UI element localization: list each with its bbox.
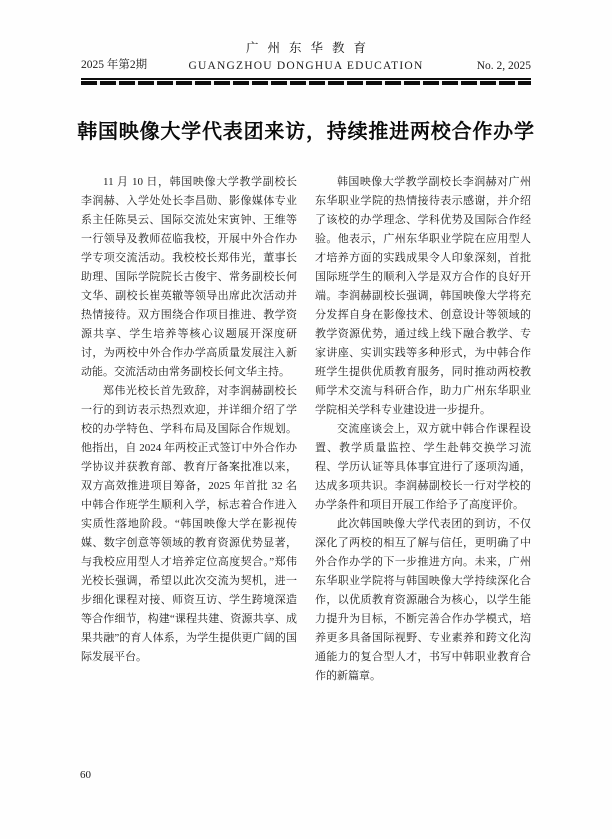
page-header: 广州东华教育 2025 年第2期 GUANGZHOU DONGHUA EDUCA… [81, 0, 531, 73]
header-rule [81, 78, 531, 85]
article-paragraph-3: 韩国映像大学教学副校长李润赫对广州东华职业学院的热情接待表示感谢，并介绍了该校的… [315, 173, 531, 420]
journal-page: 广州东华教育 2025 年第2期 GUANGZHOU DONGHUA EDUCA… [0, 0, 612, 839]
issue-number-cn: 2025 年第2期 [81, 56, 179, 73]
journal-title-en: GUANGZHOU DONGHUA EDUCATION [189, 60, 424, 73]
header-rule-dashed-line [81, 81, 531, 85]
article-paragraph-4: 交流座谈会上，双方就中韩合作课程设置、教学质量监控、学生赴韩交换学习流程、学历认… [315, 420, 531, 515]
issue-number-en: No. 2, 2025 [433, 60, 531, 73]
article-paragraph-5: 此次韩国映像大学代表团的到访，不仅深化了两校的相互了解与信任，更明确了中外合作办… [315, 515, 531, 686]
header-rule-thin-line [81, 78, 531, 80]
journal-title-cn: 广州东华教育 [189, 38, 424, 56]
article-paragraph-2: 郑伟光校长首先致辞，对李润赫副校长一行的到访表示热烈欢迎，并详细介绍了学校的办学… [81, 382, 297, 667]
article-title: 韩国映像大学代表团来访，持续推进两校合作办学 [0, 115, 612, 144]
page-number: 60 [80, 769, 91, 781]
article-body: 11 月 10 日，韩国映像大学教学副校长李润赫、入学处处长李昌勋、影像媒体专业… [81, 173, 531, 693]
article-paragraph-1: 11 月 10 日，韩国映像大学教学副校长李润赫、入学处处长李昌勋、影像媒体专业… [81, 173, 297, 382]
